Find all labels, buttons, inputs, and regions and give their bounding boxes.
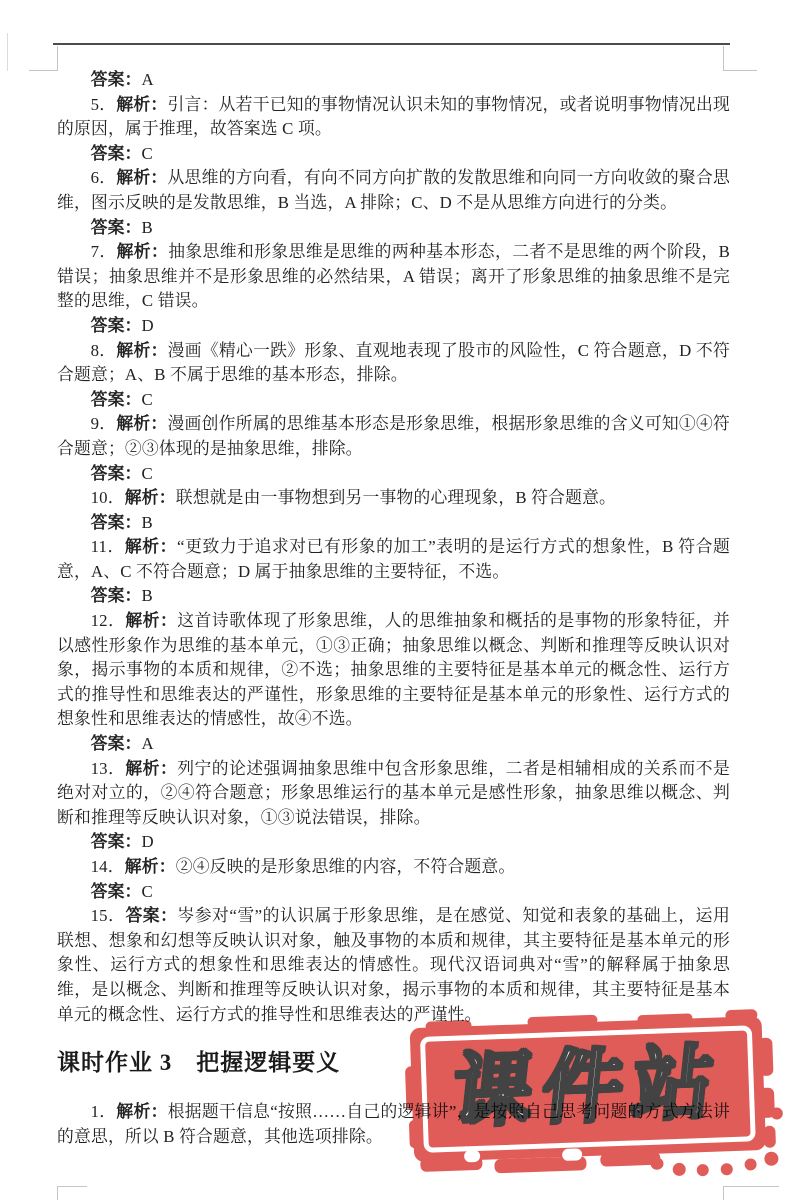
crop-mark-top-right-v bbox=[723, 46, 724, 70]
answer-line: 答案：C bbox=[57, 142, 730, 167]
stamp-edge-blob bbox=[744, 1158, 756, 1170]
stamp-edge-blob bbox=[758, 1038, 773, 1076]
paragraph-label: 答案： bbox=[91, 586, 142, 605]
stamp-edge-blob bbox=[697, 1164, 709, 1176]
paragraph-text: C bbox=[142, 464, 153, 483]
stamp-edge-blob bbox=[721, 1163, 733, 1175]
paragraph-label: 解析： bbox=[116, 414, 167, 433]
section-heading: 课时作业 3 把握逻辑要义 bbox=[57, 1044, 730, 1077]
paragraph-text: A bbox=[142, 734, 154, 753]
question-number: 14． bbox=[91, 857, 125, 876]
paragraph-label: 答案： bbox=[125, 906, 177, 925]
stamp-edge-blob bbox=[420, 1156, 482, 1172]
analysis-paragraph: 12．解析：这首诗歌体现了形象思维，人的思维抽象和概括的是事物的形象特征，并以感… bbox=[57, 609, 730, 732]
answer-line: 答案：A bbox=[57, 732, 730, 757]
paragraph-text: B bbox=[142, 586, 153, 605]
analysis-paragraph: 14．解析：②④反映的是形象思维的内容，不符合题意。 bbox=[57, 855, 730, 880]
paragraph-label: 答案： bbox=[91, 882, 142, 901]
document-body: 答案：A5．解析：引言：从若干已知的事物情况认识未知的事物情况，或者说明事物情况… bbox=[57, 68, 730, 1149]
question-number: 15． bbox=[91, 906, 126, 925]
question-number: 6． bbox=[91, 168, 117, 187]
stamp-edge-blob bbox=[600, 1152, 660, 1167]
paragraph-label: 解析： bbox=[125, 488, 176, 507]
answer-line: 答案：B bbox=[57, 584, 730, 609]
paragraph-label: 答案： bbox=[91, 464, 142, 483]
stamp-edge-blob bbox=[764, 1151, 778, 1165]
document-page: 答案：A5．解析：引言：从若干已知的事物情况认识未知的事物情况，或者说明事物情况… bbox=[0, 0, 800, 1200]
paragraph-text: 联想就是由一事物想到另一事物的心理现象，B 符合题意。 bbox=[176, 488, 616, 507]
answers-section: 答案：A5．解析：引言：从若干已知的事物情况认识未知的事物情况，或者说明事物情况… bbox=[57, 68, 730, 1027]
paragraph-label: 解析： bbox=[116, 95, 167, 114]
crop-mark-top-left-h bbox=[29, 70, 58, 71]
answer-line: 答案：B bbox=[57, 511, 730, 536]
stamp-edge-blob bbox=[672, 1163, 685, 1176]
answer-line: 答案：C bbox=[57, 462, 730, 487]
analysis-paragraph: 10．解析：联想就是由一事物想到另一事物的心理现象，B 符合题意。 bbox=[57, 486, 730, 511]
crop-mark-bottom-right-h bbox=[723, 1186, 779, 1187]
crop-mark-top-left-v bbox=[57, 46, 58, 70]
question-number: 13． bbox=[91, 759, 126, 778]
paragraph-text: B bbox=[142, 513, 153, 532]
paragraph-text: ②④反映的是形象思维的内容，不符合题意。 bbox=[176, 857, 516, 876]
paragraph-label: 答案： bbox=[91, 832, 142, 851]
paragraph-label: 答案： bbox=[91, 316, 142, 335]
question-number: 11． bbox=[91, 537, 125, 556]
paragraph-label: 解析： bbox=[125, 857, 176, 876]
stamp-edge-blob bbox=[650, 1157, 663, 1169]
answer-line: 答案：D bbox=[57, 314, 730, 339]
paragraph-label: 答案： bbox=[91, 70, 142, 89]
analysis-paragraph: 13．解析：列宁的论述强调抽象思维中包含形象思维，二者是相辅相成的关系而不是绝对… bbox=[57, 757, 730, 831]
question-number: 8． bbox=[91, 341, 117, 360]
crop-mark-bottom-left-h bbox=[57, 1186, 87, 1187]
analysis-paragraph: 1．解析：根据题干信息“按照……自己的逻辑讲”，是按照自己思考问题的方式方法讲的… bbox=[57, 1100, 730, 1149]
paragraph-label: 答案： bbox=[91, 734, 142, 753]
analysis-paragraph: 11．解析：“更致力于追求对已有形象的加工”表明的是运行方式的想象性，B 符合题… bbox=[57, 535, 730, 584]
question-number: 9． bbox=[91, 414, 117, 433]
question-number: 5． bbox=[91, 95, 117, 114]
paragraph-label: 解析： bbox=[125, 759, 177, 778]
paragraph-text: B bbox=[142, 218, 153, 237]
analysis-paragraph: 5．解析：引言：从若干已知的事物情况认识未知的事物情况，或者说明事物情况出现的原… bbox=[57, 93, 730, 142]
stamp-edge-blob bbox=[763, 1126, 776, 1148]
stamp-edge-notch bbox=[464, 1150, 480, 1163]
stamp-edge-blob bbox=[494, 1156, 586, 1173]
answer-line: 答案：C bbox=[57, 880, 730, 905]
paragraph-label: 答案： bbox=[91, 144, 142, 163]
crop-mark-bottom-right-v bbox=[723, 1186, 724, 1200]
paragraph-text: C bbox=[142, 144, 153, 163]
paragraph-text: C bbox=[142, 390, 153, 409]
paragraph-label: 答案： bbox=[91, 513, 142, 532]
paragraph-label: 解析： bbox=[125, 611, 177, 630]
stamp-edge-blob bbox=[758, 1088, 775, 1119]
stamp-edge-notch bbox=[562, 1148, 582, 1161]
answer-line: 答案：C bbox=[57, 388, 730, 413]
paragraph-label: 答案： bbox=[91, 390, 142, 409]
paragraph-label: 解析： bbox=[117, 242, 169, 261]
answer-line: 答案：D bbox=[57, 830, 730, 855]
paragraph-text: D bbox=[142, 832, 154, 851]
analysis-paragraph: 8．解析：漫画《精心一跌》形象、直观地表现了股市的风险性，C 符合题意，D 不符… bbox=[57, 339, 730, 388]
answer-line: 答案：A bbox=[57, 68, 730, 93]
question-number: 7． bbox=[91, 242, 117, 261]
analysis-paragraph: 6．解析：从思维的方向看，有向不同方向扩散的发散思维和向同一方向收敛的聚合思维，… bbox=[57, 166, 730, 215]
header-separator-rule bbox=[53, 43, 730, 45]
question-number: 1． bbox=[91, 1102, 117, 1121]
paragraph-label: 解析： bbox=[116, 341, 167, 360]
question-number: 10． bbox=[91, 488, 125, 507]
analysis-paragraph: 9．解析：漫画创作所属的思维基本形态是形象思维，根据形象思维的含义可知①④符合题… bbox=[57, 412, 730, 461]
stamp-edge-blob bbox=[725, 1009, 757, 1021]
stamp-edge-blob bbox=[771, 1107, 783, 1119]
paragraph-label: 答案： bbox=[91, 218, 142, 237]
paragraph-text: A bbox=[142, 70, 154, 89]
next-section-paragraphs: 1．解析：根据题干信息“按照……自己的逻辑讲”，是按照自己思考问题的方式方法讲的… bbox=[57, 1100, 730, 1149]
paragraph-text: D bbox=[142, 316, 154, 335]
crop-mark-bottom-left-v bbox=[57, 1186, 58, 1200]
paragraph-text: C bbox=[142, 882, 153, 901]
analysis-paragraph: 7．解析：抽象思维和形象思维是思维的两种基本形态，二者不是思维的两个阶段，B 错… bbox=[57, 240, 730, 314]
page-edge-mark bbox=[7, 33, 8, 71]
analysis-paragraph: 15．答案：岑参对“雪”的认识属于形象思维，是在感觉、知觉和表象的基础上，运用联… bbox=[57, 904, 730, 1027]
paragraph-label: 解析： bbox=[116, 168, 167, 187]
answer-line: 答案：B bbox=[57, 216, 730, 241]
question-number: 12． bbox=[91, 611, 126, 630]
paragraph-label: 解析： bbox=[125, 537, 177, 556]
paragraph-label: 解析： bbox=[116, 1102, 167, 1121]
